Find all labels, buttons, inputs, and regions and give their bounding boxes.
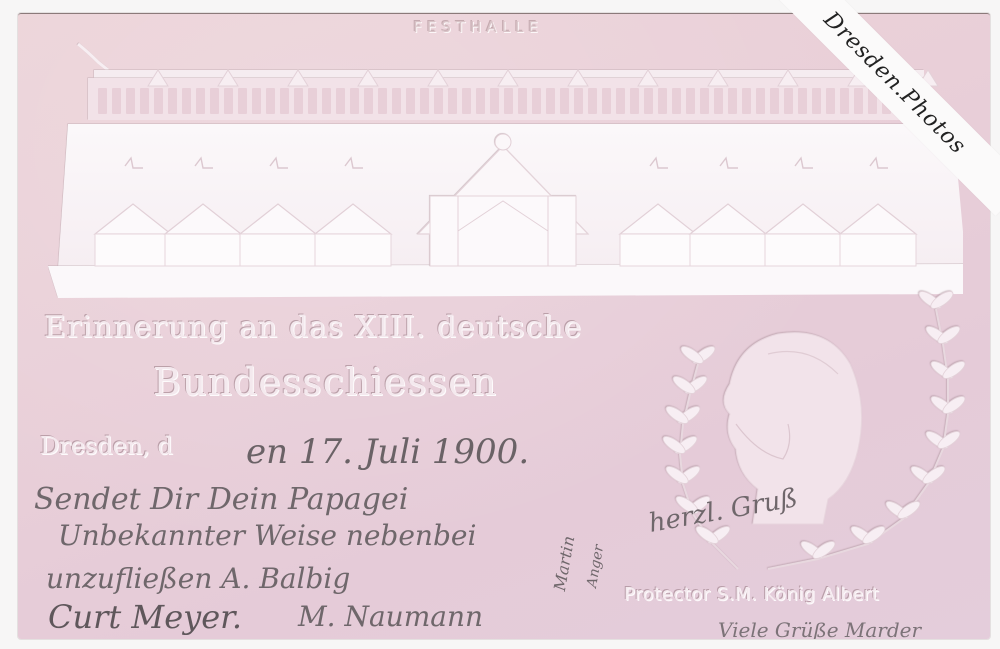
handwritten-signature-1: Curt Meyer. [48, 598, 242, 636]
title-line-1: Erinnerung an das XIII. deutsche [44, 310, 582, 345]
festhalle-building-illustration [48, 36, 963, 301]
postcard: FESTHALLE Erinnerung an das XIII. deutsc… [18, 13, 990, 639]
handwritten-bottom-note: Viele Grüße Marder [718, 618, 921, 639]
building-label: FESTHALLE [378, 18, 578, 36]
handwritten-signature-2: M. Naumann [298, 600, 483, 633]
handwritten-line-3: unzufließen A. Balbig [46, 562, 350, 595]
handwritten-date: en 17. Juli 1900. [246, 432, 529, 472]
handwritten-vertical-note-2: Anger [584, 544, 607, 589]
title-line-2: Bundesschiessen [153, 360, 497, 404]
title-line-3: Dresden, d [40, 432, 173, 460]
protector-caption: Protector S.M. König Albert [624, 584, 879, 605]
handwritten-vertical-note-1: Martin [550, 534, 578, 592]
handwritten-line-2: Unbekannter Weise nebenbei [58, 519, 476, 552]
portrait-laurel-wreath [618, 284, 978, 584]
handwritten-line-1: Sendet Dir Dein Papagei [34, 482, 408, 517]
